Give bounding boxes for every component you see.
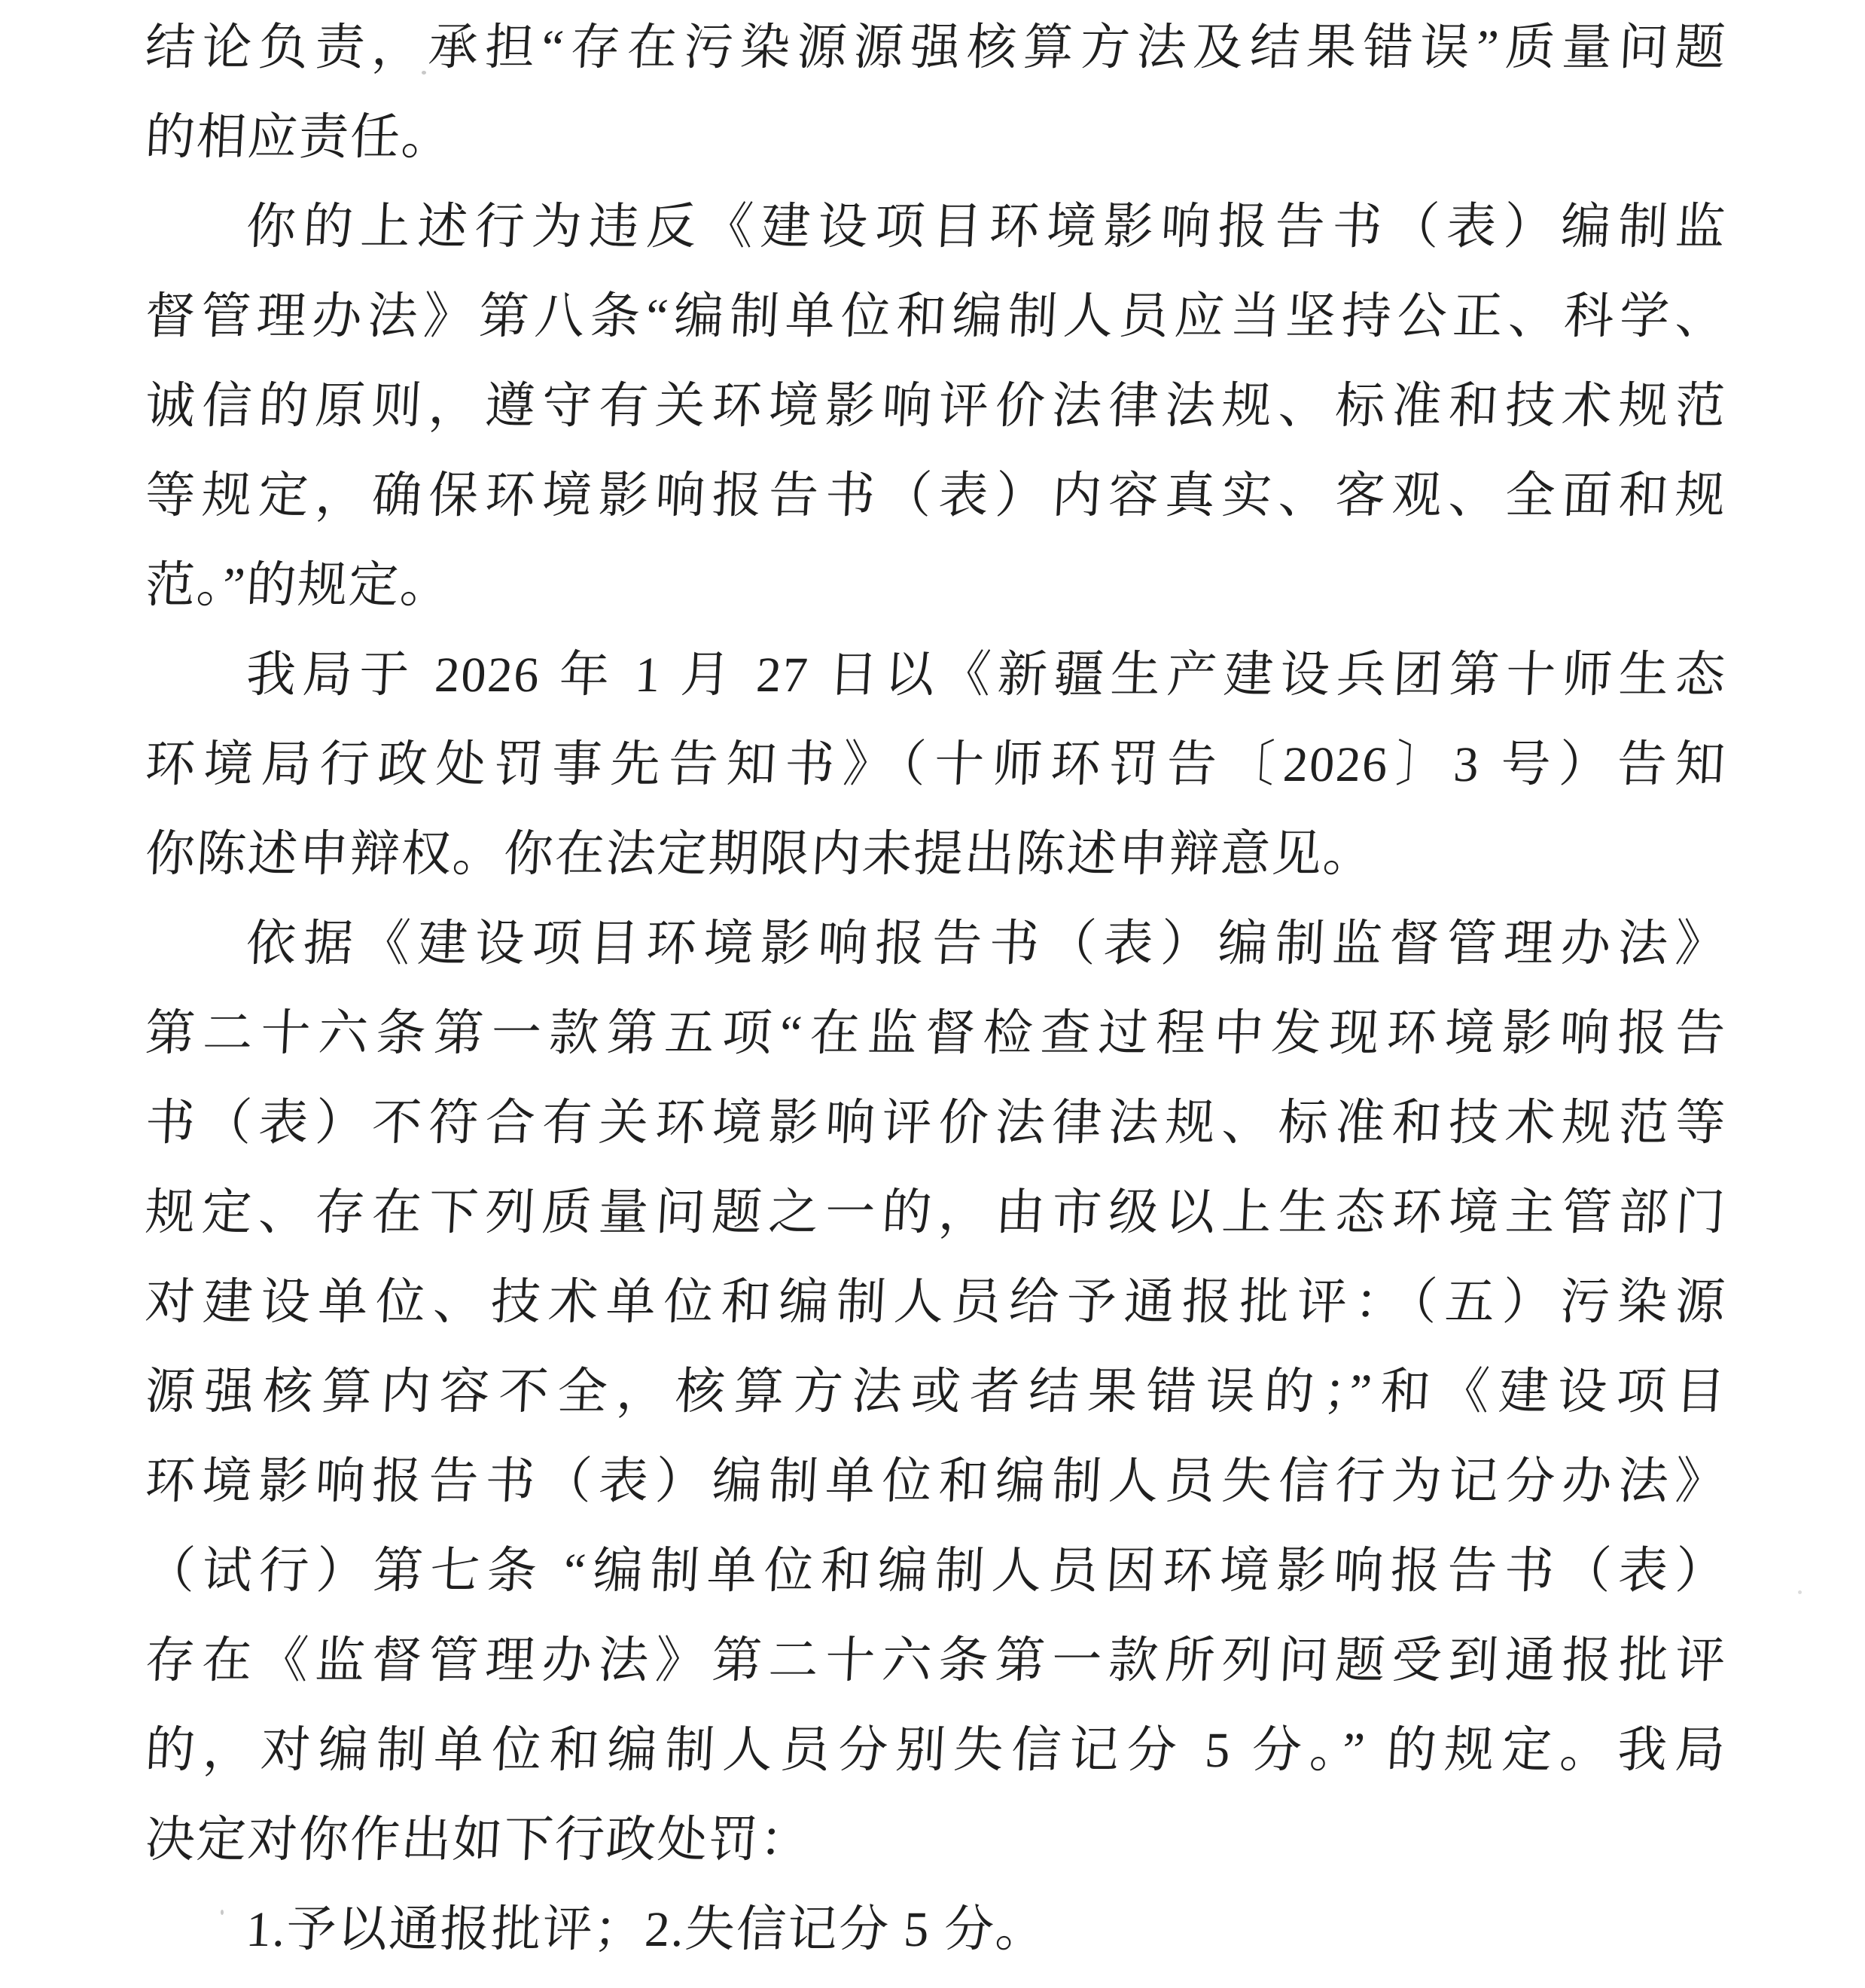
paragraph: 结论负责，承担“存在污染源源强核算方法及结果错误”质量问题的相应责任。: [145, 3, 1726, 182]
document-line: 1.予以通报批评；2.失信记分 5 分。: [143, 1885, 1729, 1974]
document-line: 的相应责任。: [143, 93, 1729, 182]
document-line: 第二十六条第一款第五项“在监督检查过程中发现环境影响报告: [143, 989, 1729, 1078]
document-line: 督管理办法》第八条“编制单位和编制人员应当坚持公正、科学、: [143, 272, 1729, 361]
document-line: 的，对编制单位和编制人员分别失信记分 5 分。” 的规定。我局: [143, 1706, 1729, 1795]
paragraph: 你的上述行为违反《建设项目环境影响报告书（表）编制监督管理办法》第八条“编制单位…: [145, 182, 1726, 630]
document-line: （试行）第七条 “编制单位和编制人员因环境影响报告书（表）: [143, 1526, 1729, 1616]
document-line: 环境影响报告书（表）编制单位和编制人员失信行为记分办法》: [143, 1437, 1729, 1526]
paragraph: 依据《建设项目环境影响报告书（表）编制监督管理办法》第二十六条第一款第五项“在监…: [145, 899, 1726, 1885]
paragraph: 我局于 2026 年 1 月 27 日以《新疆生产建设兵团第十师生态环境局行政处…: [145, 630, 1726, 899]
document-body: 结论负责，承担“存在污染源源强核算方法及结果错误”质量问题的相应责任。你的上述行…: [145, 3, 1726, 1974]
scan-speck: [221, 1910, 224, 1915]
document-line: 规定、存在下列质量问题之一的，由市级以上生态环境主管部门: [143, 1168, 1729, 1258]
document-line: 存在《监督管理办法》第二十六条第一款所列问题受到通报批评: [143, 1616, 1729, 1706]
document-line: 源强核算内容不全，核算方法或者结果错误的；”和《建设项目: [143, 1347, 1729, 1437]
document-line: 你的上述行为违反《建设项目环境影响报告书（表）编制监: [143, 182, 1729, 272]
document-line: 决定对你作出如下行政处罚：: [143, 1795, 1729, 1885]
document-line: 依据《建设项目环境影响报告书（表）编制监督管理办法》: [143, 899, 1729, 989]
document-line: 诚信的原则，遵守有关环境影响评价法律法规、标准和技术规范: [143, 361, 1729, 451]
document-line: 你陈述申辩权。你在法定期限内未提出陈述申辩意见。: [143, 810, 1729, 899]
document-page: 结论负责，承担“存在污染源源强核算方法及结果错误”质量问题的相应责任。你的上述行…: [0, 0, 1865, 1988]
paragraph: 1.予以通报批评；2.失信记分 5 分。: [145, 1885, 1726, 1974]
document-line: 书（表）不符合有关环境影响评价法律法规、标准和技术规范等: [143, 1078, 1729, 1168]
document-line: 等规定，确保环境影响报告书（表）内容真实、客观、全面和规: [143, 451, 1729, 541]
document-line: 环境局行政处罚事先告知书》（十师环罚告〔2026〕3 号）告知: [143, 720, 1729, 810]
document-line: 范。”的规定。: [143, 541, 1729, 630]
document-line: 对建设单位、技术单位和编制人员给予通报批评：（五）污染源: [143, 1258, 1729, 1347]
scan-speck: [422, 71, 426, 75]
document-line: 结论负责，承担“存在污染源源强核算方法及结果错误”质量问题: [143, 3, 1729, 93]
scan-speck: [1798, 1590, 1802, 1594]
document-line: 我局于 2026 年 1 月 27 日以《新疆生产建设兵团第十师生态: [143, 630, 1729, 720]
